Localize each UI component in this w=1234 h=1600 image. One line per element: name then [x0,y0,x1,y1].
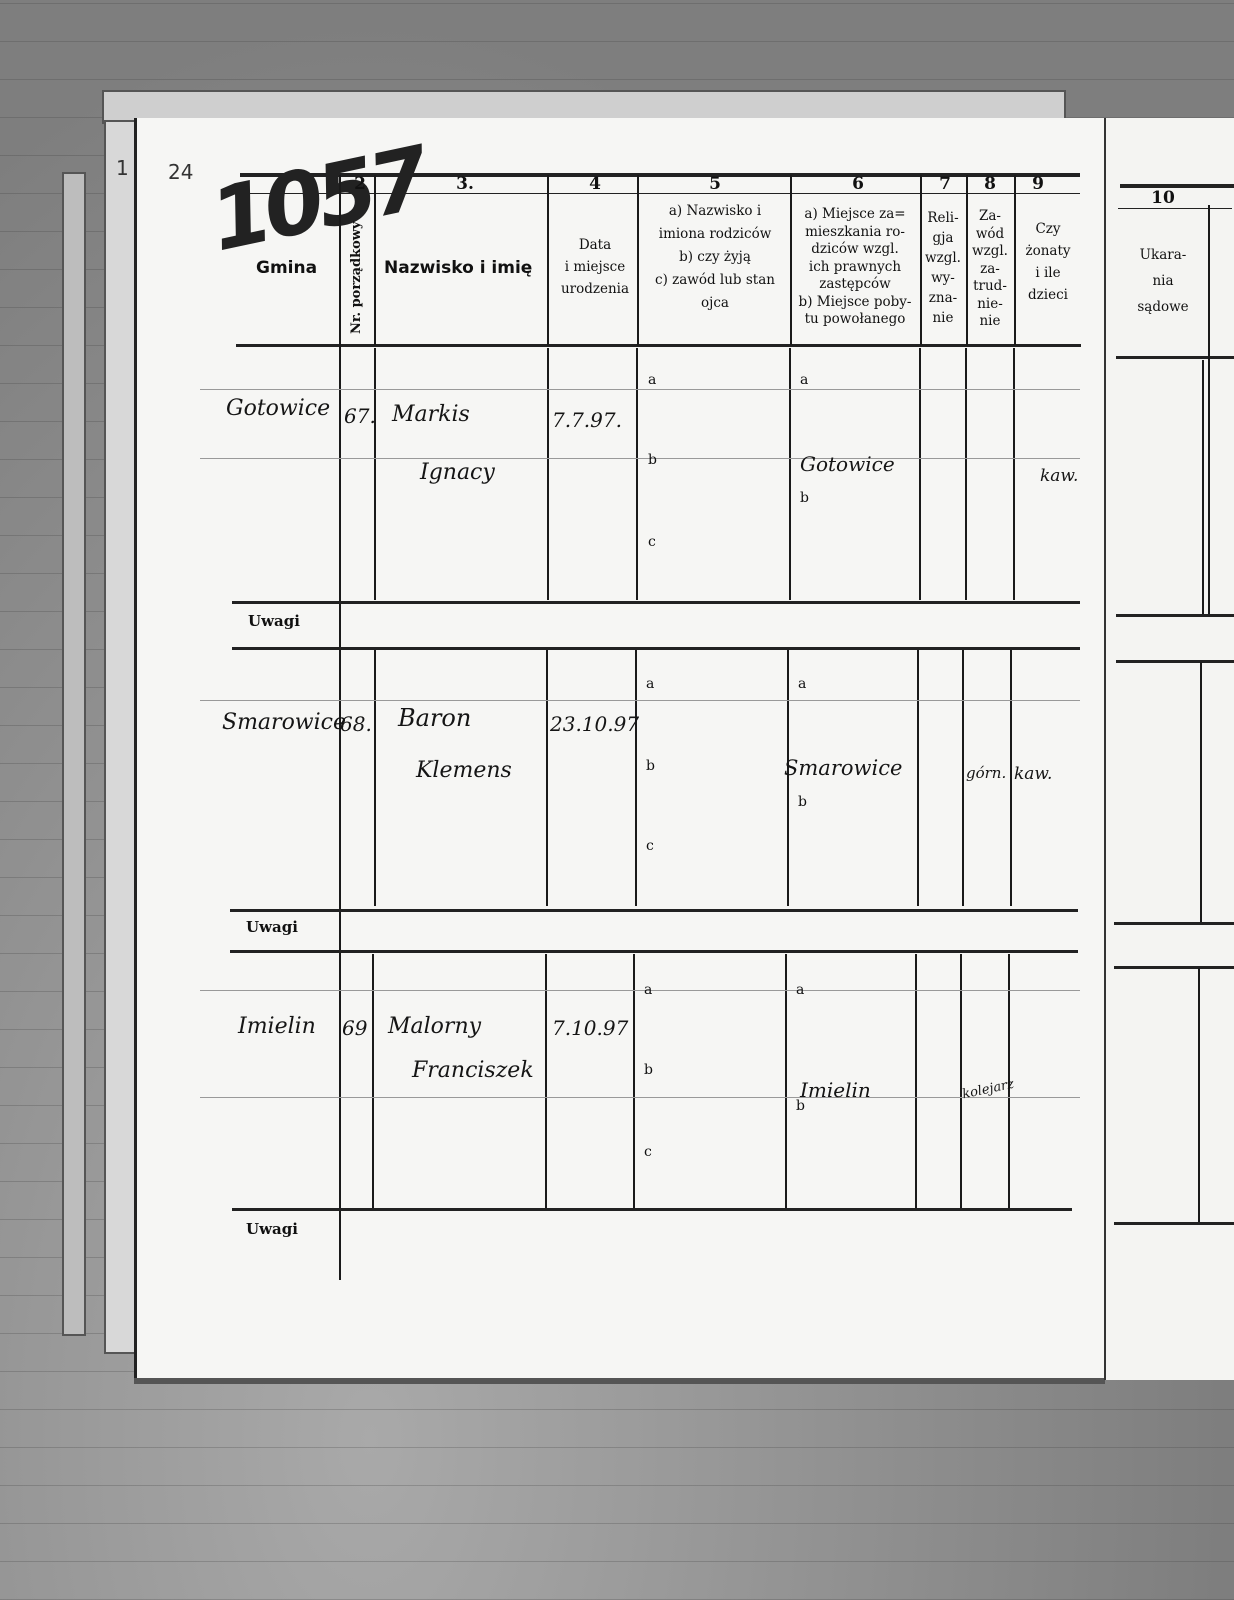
col-divider [374,650,376,906]
col-divider [1198,968,1200,1223]
margin-mark: 1 [116,156,129,180]
col10-number-rule [1118,208,1232,209]
col-divider [919,348,921,600]
sub-label-a: a [648,372,656,388]
col-divider-2-3-header [374,175,376,345]
header-gmina: Gmina [256,258,317,278]
col-divider-3-4-header [547,175,549,345]
remarks-label: Uwagi [246,1220,298,1238]
column-number-5: 5 [705,174,725,194]
sub-label-b: b [648,452,657,468]
given-name-cell: Ignacy [420,460,495,485]
col-divider-5-6-header [790,175,792,345]
sub-label-c: c [648,534,656,550]
col-divider [1200,662,1202,922]
col10-bottom-rule [1116,356,1234,359]
surname-cell: Malorny [388,1014,481,1039]
header-nr-porzadkowy: Nr. porządkowy [349,221,364,334]
col-divider [546,650,548,906]
binder-spine [104,120,138,1354]
col-divider [789,348,791,600]
given-name-cell: Klemens [416,758,512,783]
gmina-cell: Smarowice [222,710,346,735]
header-col9: Czy żonaty i ile dzieci [1016,218,1080,306]
col-divider [633,954,635,1208]
col-divider [547,348,549,600]
column-number-7: 7 [935,174,955,194]
sub-label-b: b [644,1062,653,1078]
corner-number: 24 [168,160,193,184]
nr-cell: 68. [340,712,372,736]
sub-label-b: b [798,794,807,810]
sub-label-a: a [796,982,804,998]
column-number-3: 3. [450,174,480,194]
ruled-line [200,458,1080,459]
married-cell: kaw. [1014,764,1052,784]
birth-date-cell: 23.10.97 [550,712,639,736]
col-divider [785,954,787,1208]
row-rule [232,1208,1072,1211]
married-cell: kaw. [1040,466,1078,486]
row-rule [1116,614,1234,617]
nr-cell: 67. [344,404,376,428]
sub-label-c: c [644,1144,652,1160]
residence-b-cell: Smarowice [784,756,902,780]
header-col7: Reli- gja wzgl. wy- zna- nie [920,208,966,328]
remarks-label: Uwagi [246,918,298,936]
ruled-line [200,990,1080,991]
sub-label-a: a [644,982,652,998]
row-rule [1114,922,1234,925]
sub-label-a: a [646,676,654,692]
header-col4: Data i miejsce urodzenia [550,234,640,300]
column-number-8: 8 [980,174,1000,194]
sub-label-c: c [646,838,654,854]
col-divider [372,954,374,1208]
row-rule [1114,966,1234,969]
col-divider [374,348,376,600]
gmina-cell: Gotowice [226,396,330,421]
sub-label-a: a [798,676,806,692]
row-rule [230,909,1078,912]
col-divider-6-7-header [920,175,922,345]
header-nazwisko-i-imie: Nazwisko i imię [384,258,532,278]
residence-b-cell: Imielin [800,1078,871,1102]
ruled-line [200,1097,1080,1098]
remarks-label: Uwagi [248,612,300,630]
col-divider [915,954,917,1208]
occupation-cell: górn. [966,764,1006,782]
ruled-line [200,700,1080,701]
column-number-10: 10 [1148,188,1178,208]
sub-label-b: b [646,758,655,774]
binder-edge-left [62,172,86,1336]
column-number-9: 9 [1028,174,1048,194]
col-divider [1010,650,1012,906]
header-col8: Za- wód wzgl. za- trud- nie- nie [966,208,1014,331]
nr-cell: 69 [342,1016,367,1040]
col-divider [1013,348,1015,600]
header-col10: Ukara- nia sądowe [1118,242,1208,320]
header-bottom-rule [236,344,1081,347]
col-divider [635,650,637,906]
row-rule [1114,1222,1234,1225]
col-divider [636,348,638,600]
row-rule [232,647,1080,650]
surname-cell: Markis [392,402,470,427]
col-divider [1202,360,1204,615]
ruled-line [200,389,1080,390]
sub-label-b: b [800,490,809,506]
col10-right-border [1208,205,1210,615]
col-divider [545,954,547,1208]
column-number-4: 4 [585,174,605,194]
gmina-cell: Imielin [238,1014,316,1039]
sub-label-a: a [800,372,808,388]
column-number-6: 6 [848,174,868,194]
row-rule [1116,660,1234,663]
header-col5: a) Nazwisko i imiona rodziców b) czy żyj… [640,200,790,315]
residence-b-cell: Gotowice [800,452,895,476]
birth-date-cell: 7.7.97. [552,408,622,432]
col-divider-7-8-header [966,175,968,345]
header-col6: a) Miejsce za= mieszkania ro- dziców wzg… [790,206,920,329]
col-divider [960,954,962,1208]
col-divider [917,650,919,906]
surname-cell: Baron [398,704,471,732]
column-number-2: 2 [350,174,370,194]
col-divider-8-9-header [1014,175,1016,345]
row-rule [232,601,1080,604]
birth-date-cell: 7.10.97 [552,1016,628,1040]
given-name-cell: Franciszek [412,1058,534,1083]
col-divider [962,650,964,906]
col-divider-4-5-header [637,175,639,345]
row-rule [230,950,1078,953]
col-divider [965,348,967,600]
